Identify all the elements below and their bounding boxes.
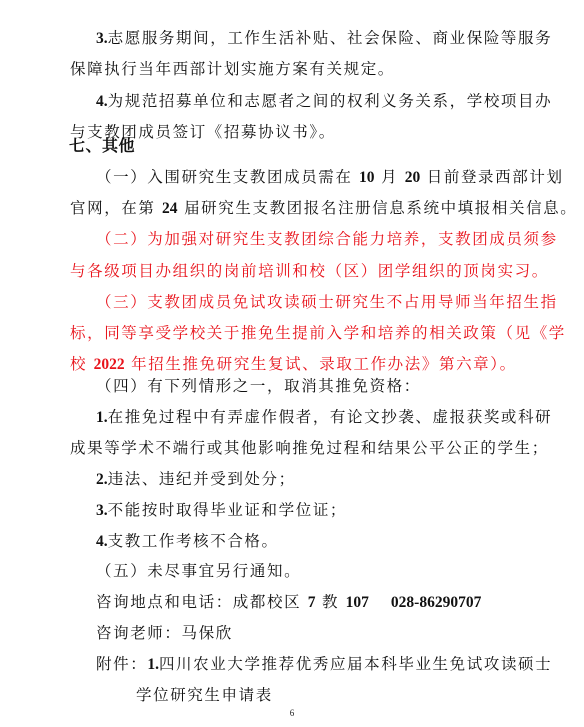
section-heading: 七、其他 [69,136,135,156]
paragraph-text: 志愿服务期间，工作生活补贴、社会保险、商业保险等服务 [108,29,553,47]
text: 年招生推免研究生复试、录取工作办法》第六章）。 [131,355,517,373]
paragraph-3-line-2: 保障执行当年西部计划实施方案有关规定。 [70,59,395,79]
page-number: 6 [0,708,584,718]
item-5: （五）未尽事宜另行通知。 [96,561,301,581]
attachment-line-2: 学位研究生申请表 [136,685,273,705]
list-number: 1. [96,409,108,426]
item-1-line-1: （一）入围研究生支教团成员需在 10 月 20 日前登录西部计划 [96,167,564,188]
building-number: 7 [308,594,316,611]
item-4-sub-1-line-2: 成果等学术不端行或其他影响推免过程和结果公平公正的学生； [70,438,549,458]
item-4-sub-3: 3.不能按时取得毕业证和学位证； [96,500,347,521]
item-3-line-3: 校 2022 年招生推免研究生复试、录取工作办法》第六章）。 [70,354,517,375]
room-number: 107 [346,594,369,611]
month-number: 10 [359,169,375,186]
paragraph-3-line-1: 3.志愿服务期间，工作生活补贴、社会保险、商业保险等服务 [96,28,552,49]
item-2-line-1: （二）为加强对研究生支教团综合能力培养，支教团成员须参 [96,229,558,249]
list-number: 2. [96,471,108,488]
text: 违法、违纪并受到处分； [108,470,296,488]
contact-location: 咨询地点和电话：成都校区 7 教 107028-86290707 [96,592,481,613]
list-number: 4. [96,533,108,550]
item-4-sub-2: 2.违法、违纪并受到处分； [96,469,296,490]
item-4-sub-1-line-1: 1.在推免过程中有弄虚作假者，有论文抄袭、虚报获奖或科研 [96,407,552,428]
item-3-line-1: （三）支教团成员免试攻读硕士研究生不占用导师当年招生指 [96,292,558,312]
text: 日前登录西部计划 [427,168,564,186]
paragraph-4-line-1: 4.为规范招募单位和志愿者之间的权利义务关系，学校项目办 [96,91,552,112]
attachment-title: 四川农业大学推荐优秀应届本科毕业生免试攻读硕士 [159,655,552,673]
day-number: 20 [405,169,421,186]
text: 校 [70,355,87,373]
year-number: 2022 [94,356,125,373]
paragraph-text: 为规范招募单位和志愿者之间的权利义务关系，学校项目办 [108,92,553,110]
text: 官网，在第 [70,199,156,217]
phone-number: 028-86290707 [391,594,481,611]
text: 不能按时取得毕业证和学位证； [108,501,347,519]
list-number: 3. [96,502,108,519]
text: 咨询地点和电话：成都校区 [96,593,301,611]
document-page: 3.志愿服务期间，工作生活补贴、社会保险、商业保险等服务 保障执行当年西部计划实… [0,0,584,727]
attachment-label: 附件： [96,655,147,673]
contact-teacher: 咨询老师：马保欣 [96,623,233,643]
list-number: 1. [147,656,159,673]
text: 在推免过程中有弄虚作假者，有论文抄袭、虚报获奖或科研 [108,408,553,426]
item-4-sub-4: 4.支教工作考核不合格。 [96,531,279,552]
text: 教 [322,593,339,611]
session-number: 24 [162,200,178,217]
text: 支教工作考核不合格。 [108,532,279,550]
item-3-line-2: 标，同等享受学校关于推免生提前入学和培养的相关政策（见《学 [70,323,566,343]
list-number: 4. [96,93,108,110]
text: （一）入围研究生支教团成员需在 [96,168,353,186]
item-2-line-2: 与各级项目办组织的岗前培训和校（区）团学组织的顶岗实习。 [70,261,549,281]
item-1-line-2: 官网，在第 24 届研究生支教团报名注册信息系统中填报相关信息。 [70,198,577,219]
list-number: 3. [96,30,108,47]
attachment-line-1: 附件：1.四川农业大学推荐优秀应届本科毕业生免试攻读硕士 [96,654,552,675]
item-4-intro: （四）有下列情形之一，取消其推免资格： [96,376,421,396]
text: 月 [381,168,398,186]
text: 届研究生支教团报名注册信息系统中填报相关信息。 [184,199,577,217]
